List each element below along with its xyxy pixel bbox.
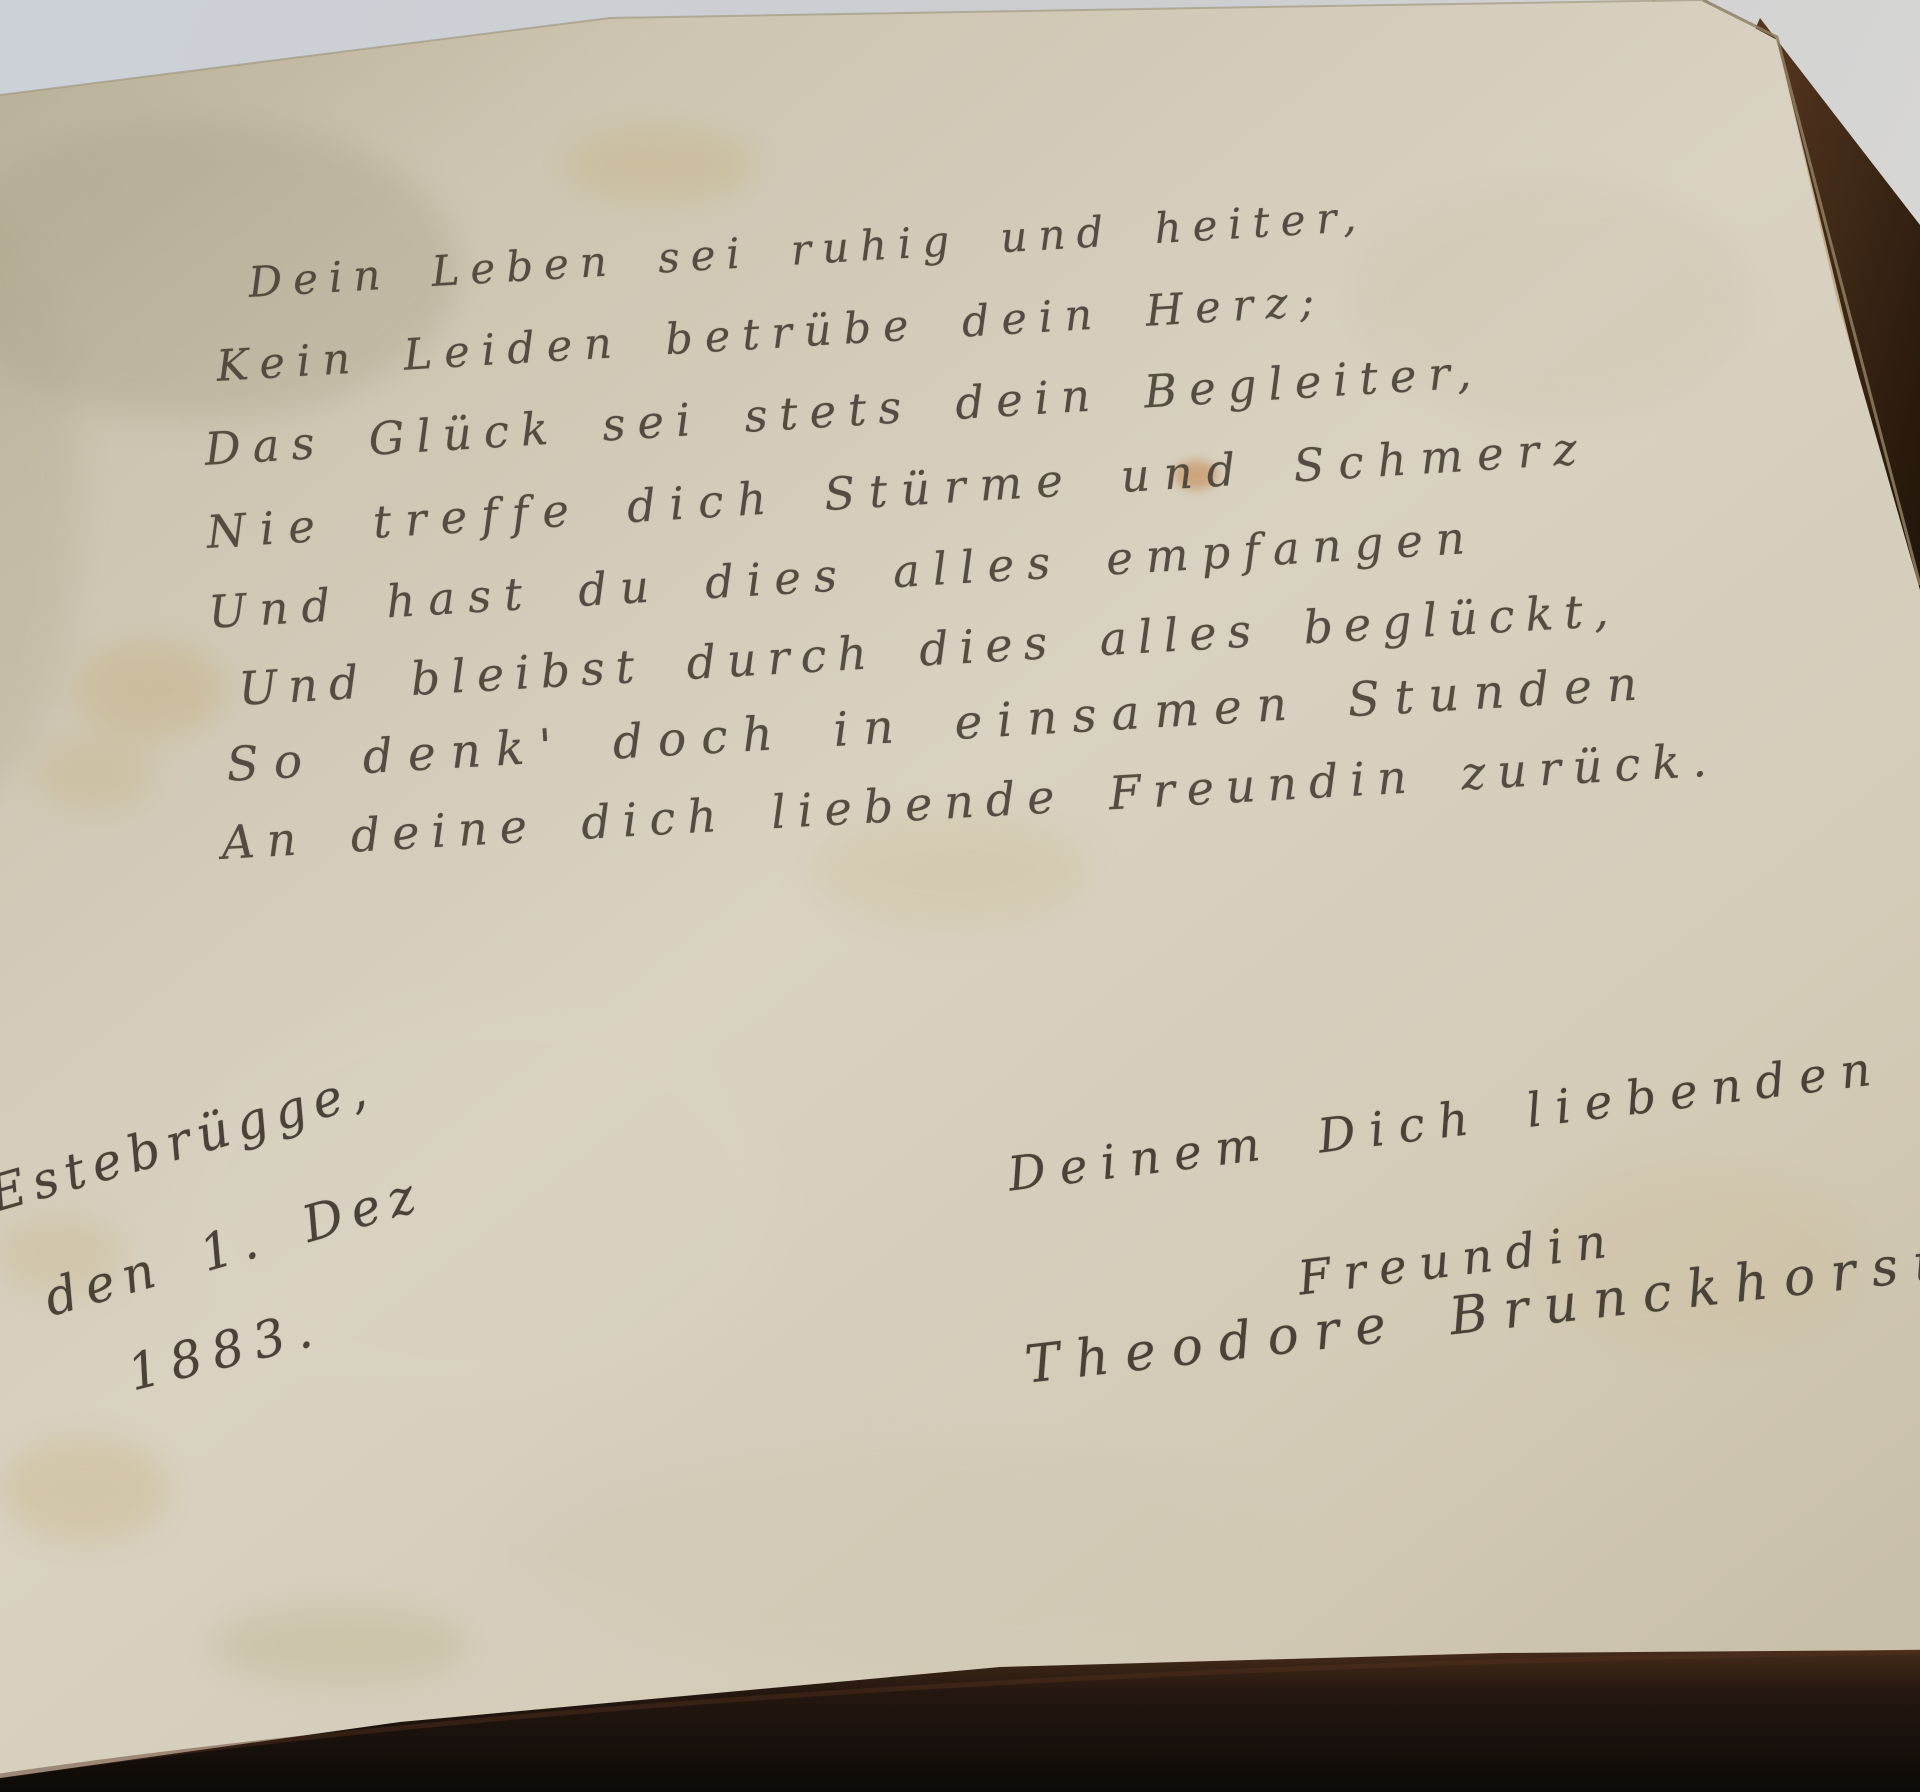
album-page-photo: Dein Leben sei ruhig und heiter, Kein Le… — [0, 0, 1920, 1792]
